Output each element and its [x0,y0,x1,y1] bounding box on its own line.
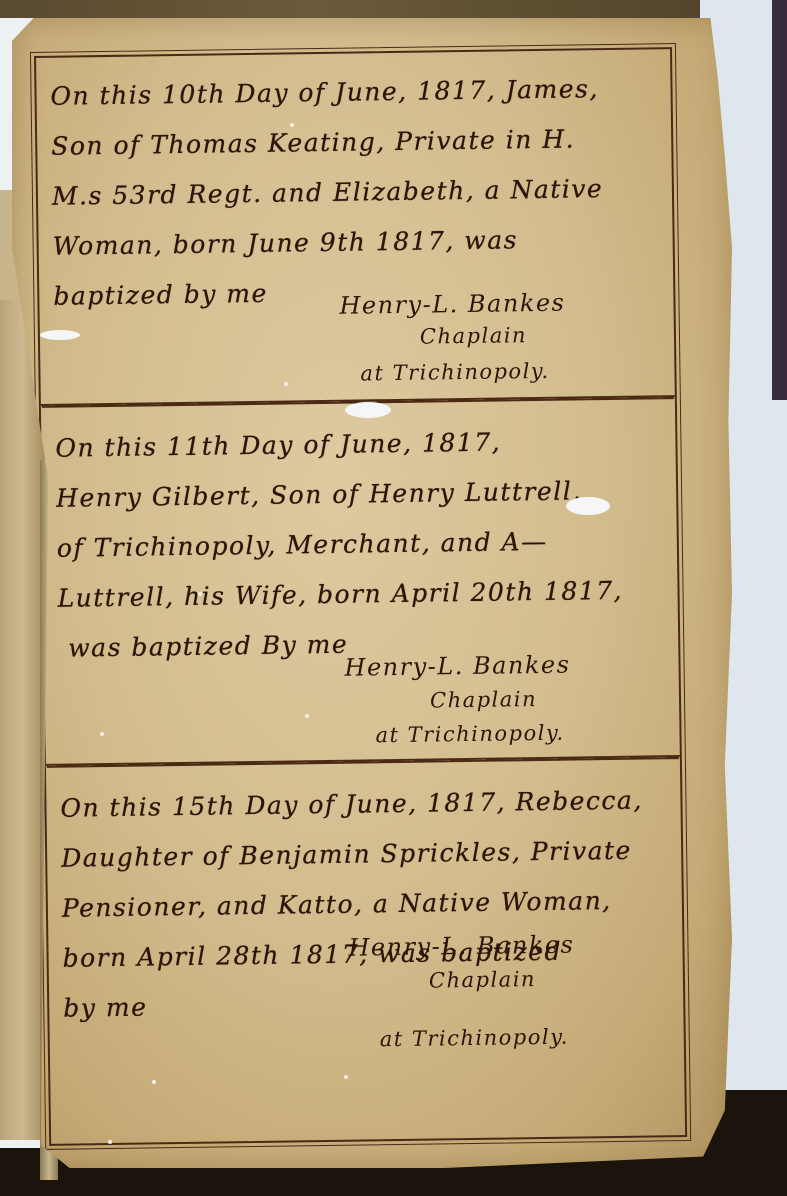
signature-place: at Trichinopoly. [360,359,549,386]
register-entry-1: On this 10th Day of June, 1817, James, S… [36,49,675,406]
paper-pinhole [198,592,202,596]
signature-title: Chaplain [429,967,536,992]
signature-name: Henry-L. Bankes [348,931,574,962]
entry-text-line: Pensioner, and Katto, a Native Woman, [62,875,665,933]
signature-title: Chaplain [420,323,527,348]
dark-background-right [772,0,787,400]
signature-name: Henry-L. Bankes [344,651,570,682]
paper-pinhole [100,732,104,736]
entry-text-line: Woman, born June 9th 1817, was [52,213,655,271]
signature-name: Henry-L. Bankes [339,289,565,320]
paper-pinhole [108,1140,112,1144]
entry-text-line: Luttrell, his Wife, born April 20th 1817… [57,565,660,623]
entry-text-line: of Trichinopoly, Merchant, and A— [57,515,660,573]
paper-pinhole [152,1080,156,1084]
entry-text-line: Henry Gilbert, Son of Henry Luttrell, [56,465,659,523]
signature-title: Chaplain [430,687,537,712]
entry-text-line: by me [63,975,666,1033]
paper-pinhole [344,1075,348,1079]
register-entry-3: On this 15th Day of June, 1817, Rebecca,… [46,761,685,1144]
signature-place: at Trichinopoly. [375,721,564,748]
entry-text-line: M.s 53rd Regt. and Elizabeth, a Native [52,163,655,221]
entry-text-line: On this 10th Day of June, 1817, James, [50,63,653,121]
paper-pinhole [305,714,309,718]
paper-pinhole [284,382,288,386]
paper-hole [345,402,391,418]
paper-tear [40,330,80,340]
signature-place: at Trichinopoly. [380,1025,569,1052]
paper-hole [566,497,610,515]
paper-pinhole [290,123,294,127]
entry-text-line: Son of Thomas Keating, Private in H. [51,113,654,171]
register-page: On this 10th Day of June, 1817, James, S… [12,18,732,1168]
entry-text-line: Daughter of Benjamin Sprickles, Private [61,825,664,883]
register-entry-2: On this 11th Day of June, 1817, Henry Gi… [41,401,680,766]
entry-text-line: On this 11th Day of June, 1817, [55,415,658,473]
ruled-border-frame: On this 10th Day of June, 1817, James, S… [34,47,687,1146]
entry-text-line: On this 15th Day of June, 1817, Rebecca, [60,775,663,833]
